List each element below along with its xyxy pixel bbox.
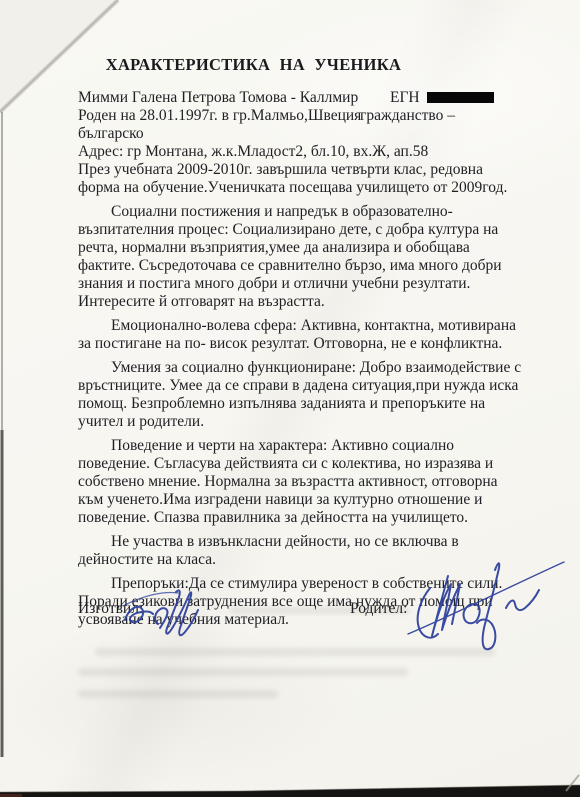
address-line: Адрес: гр Монтана, ж.к.Младост2, бл.10, … <box>78 143 525 161</box>
school-enrollment-line: През учебната 2009-2010г. завършила четв… <box>78 161 525 197</box>
citizenship-label: гражданство – <box>360 107 455 125</box>
bleedthrough-smudge <box>78 668 408 676</box>
paragraph-recommendations: Препоръки:Да се стимулира увереност в со… <box>78 575 525 629</box>
citizenship-value-line: българско <box>78 125 525 143</box>
paragraph-behavior-traits: Поведение и черти на характера: Активно … <box>78 437 525 527</box>
parent-label: Родител: <box>350 600 407 618</box>
egn-redaction-bar <box>427 92 494 103</box>
birth-line: Роден на 28.01.1997г. в гр.Малмьо,Швеция… <box>78 107 525 125</box>
egn-label: ЕГН <box>390 89 420 106</box>
bleedthrough-smudge <box>78 690 278 698</box>
student-name-line: Мимми Галена Петрова Томова - Каллмир ЕГ… <box>78 89 525 107</box>
bleedthrough-smudge <box>95 648 495 656</box>
paragraph-extracurricular: Не участва в извънкласни дейности, но се… <box>78 533 525 569</box>
paragraph-social-skills: Умения за социално функциониране: Добро … <box>78 359 525 431</box>
paragraph-social-achievements: Социални постижения и напредък в образов… <box>78 203 525 311</box>
document-title: ХАРАКТЕРИСТИКА НА УЧЕНИКА <box>30 56 477 74</box>
bottom-scan-edge <box>0 785 580 797</box>
egn-line: ЕГН <box>390 89 494 107</box>
student-name: Мимми Галена Петрова Томова - Каллмир <box>78 89 358 106</box>
birth-text: Роден на 28.01.1997г. в гр.Малмьо,Швеция <box>78 107 361 124</box>
document-body: ХАРАКТЕРИСТИКА НА УЧЕНИКА Мимми Галена П… <box>78 56 525 629</box>
paragraph-emotional-sphere: Емоционално-волева сфера: Активна, конта… <box>78 317 525 353</box>
scanned-document-page: ХАРАКТЕРИСТИКА НА УЧЕНИКА Мимми Галена П… <box>0 0 580 797</box>
prepared-by-label: Изготвил: <box>78 600 143 618</box>
